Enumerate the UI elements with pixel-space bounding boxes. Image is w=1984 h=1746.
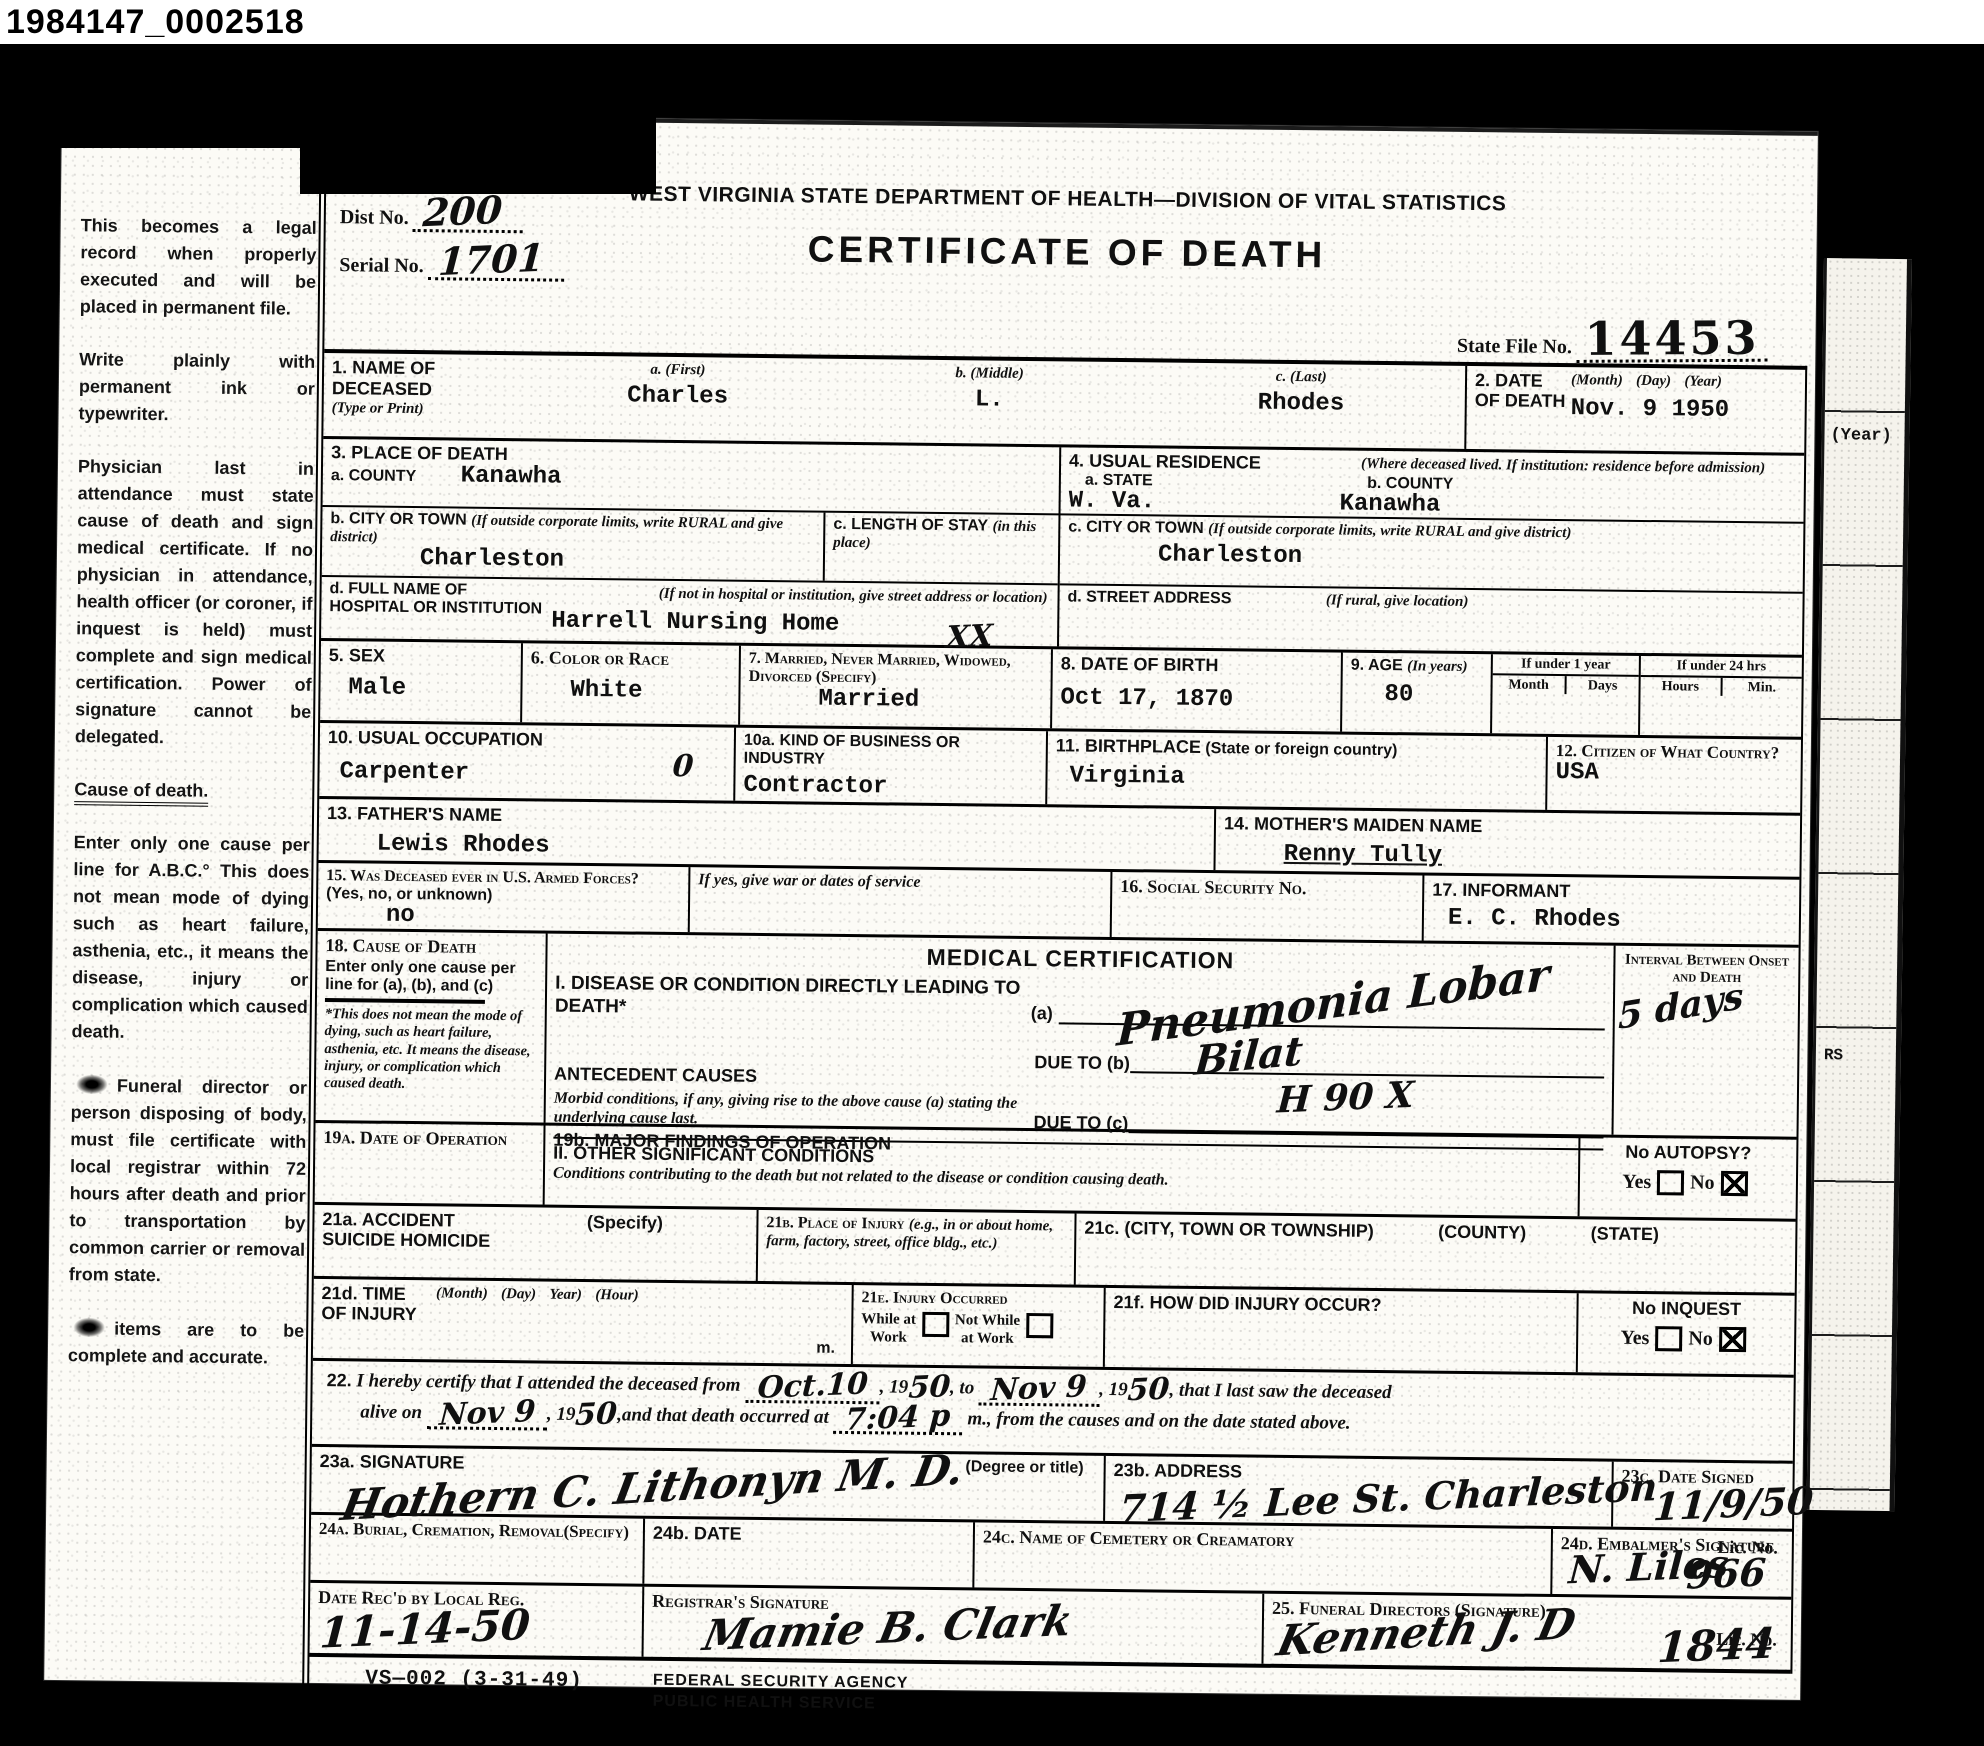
age-value: 80 bbox=[1384, 683, 1413, 707]
field-armed-forces: 15. Was Deceased ever in U.S. Armed Forc… bbox=[318, 863, 691, 932]
armed-forces-value: no bbox=[386, 902, 415, 929]
marital-value: Married bbox=[818, 685, 919, 713]
edge-year-fragment: (Year) bbox=[1830, 426, 1891, 446]
margin-note: Enter only one cause per line for A.B.C.… bbox=[71, 829, 309, 1048]
date-of-birth-value: Oct 17, 1870 bbox=[1060, 686, 1233, 712]
field-injury-occurred: 21e. Injury Occurred While atWork Not Wh… bbox=[851, 1285, 1104, 1367]
field-kind-of-business: 10a. KIND OF BUSINESS OR INDUSTRY Contra… bbox=[733, 728, 1046, 805]
residence-state-value: W. Va. bbox=[1068, 487, 1155, 515]
field-interval-onset-death: Interval Between Onset and Death 5 days bbox=[1611, 946, 1798, 1137]
edge-rs-fragment: RS bbox=[1824, 1046, 1843, 1064]
margin-note: Write plainly with permanent ink or type… bbox=[78, 346, 315, 430]
ink-smudge bbox=[68, 1314, 110, 1340]
field-major-findings: 19b. MAJOR FINDINGS OF OPERATION bbox=[543, 1126, 1579, 1217]
field-burial-date: 24b. DATE bbox=[642, 1519, 973, 1588]
state-file-label: State File No. bbox=[1457, 334, 1572, 357]
field-sex: 5. SEX Male bbox=[320, 641, 521, 722]
not-while-at-work-checkbox bbox=[1026, 1313, 1053, 1338]
field-mothers-maiden-name: 14. MOTHER'S MAIDEN NAME Renny Tully bbox=[1213, 809, 1800, 877]
serial-no-value: 1701 bbox=[437, 241, 545, 280]
last-seen-handwritten: Nov 9 bbox=[438, 1397, 536, 1428]
business-value: Contractor bbox=[743, 774, 887, 800]
field-age: 9. AGE (In years) 80 bbox=[1340, 653, 1491, 734]
field-marital-status: 7. Married, Never Married, Widowed, Divo… bbox=[738, 646, 1051, 729]
field-date-of-operation: 19a. Date of Operation bbox=[315, 1123, 544, 1205]
autopsy-yes-checkbox bbox=[1657, 1170, 1684, 1195]
birthplace-value: Virginia bbox=[1069, 764, 1184, 789]
form-grid: 1. NAME OF DECEASED (Type or Print) a. (… bbox=[309, 349, 1807, 1674]
certificate-paper: This becomes a legal record when properl… bbox=[44, 112, 1818, 1700]
field-injury-city-county-state: 21c. (CITY, TOWN OR TOWNSHIP) (COUNTY) (… bbox=[1074, 1214, 1796, 1293]
middle-name-value: L. bbox=[975, 388, 1004, 412]
field-cemetery-name: 24c. Name of Cemetery or Creamatory bbox=[972, 1522, 1551, 1594]
institution-value: Harrell Nursing Home bbox=[551, 610, 839, 637]
scanner-black-area bbox=[300, 44, 656, 194]
race-value: White bbox=[570, 679, 642, 704]
first-name-label: a. (First) bbox=[650, 362, 705, 379]
date-received-handwritten: 11-14-50 bbox=[319, 1606, 531, 1653]
dist-no-value: 200 bbox=[422, 193, 503, 231]
field-accident-suicide-homicide: 21a. ACCIDENT SUICIDE HOMICIDE (Specify) bbox=[314, 1205, 757, 1281]
attended-to-year-handwritten: 50 bbox=[1127, 1376, 1170, 1405]
field-social-security-no: 16. Social Security No. bbox=[1110, 872, 1423, 941]
death-county-value: Kanawha bbox=[461, 463, 562, 491]
underlying-page-edge: (Year) RS bbox=[1807, 258, 1912, 1511]
informant-value: E. C. Rhodes bbox=[1448, 907, 1621, 933]
attended-to-handwritten: Nov 9 bbox=[990, 1373, 1088, 1404]
funeral-director-lic-no-handwritten: 1844 bbox=[1657, 1624, 1776, 1667]
margin-note: Funeral director or person disposing of … bbox=[69, 1071, 307, 1291]
cause-of-death-heading: Cause of death. bbox=[74, 776, 310, 806]
margin-note: items are to be complete and accurate. bbox=[68, 1314, 305, 1372]
death-city-value: Charleston bbox=[420, 545, 564, 574]
field-name-of-deceased: 1. NAME OF DECEASED (Type or Print) a. (… bbox=[323, 353, 1465, 449]
field-certification-statement: 22. I hereby certify that I attended the… bbox=[312, 1361, 1794, 1461]
field-date-received: Date Rec'd by Local Reg. 11-14-50 bbox=[310, 1583, 643, 1657]
form-number: VS—002 (3-31-49) bbox=[365, 1668, 583, 1693]
field-citizen-of: 12. Citizen of What Country? USA bbox=[1545, 737, 1801, 813]
medical-certification: MEDICAL CERTIFICATION I. DISEASE OR COND… bbox=[544, 934, 1614, 1135]
field-registrar-signature: Registrar's Signature Mamie B. Clark bbox=[642, 1587, 1263, 1664]
residence-city-value: Charleston bbox=[1158, 543, 1302, 569]
residence-county-value: Kanawha bbox=[1339, 491, 1440, 519]
first-name-value: Charles bbox=[627, 384, 728, 409]
scan-id-strip: 1984147_0002518 bbox=[0, 0, 1984, 44]
margin-note: Physician last in attendance must state … bbox=[75, 453, 314, 753]
field-if-under-24-hrs: If under 24 hrs HoursMin. bbox=[1638, 656, 1802, 737]
field-place-of-death: 3. PLACE OF DEATH a. COUNTY Kanawha b. C… bbox=[321, 439, 1059, 646]
field-how-did-injury-occur: 21f. HOW DID INJURY OCCUR? bbox=[1103, 1288, 1577, 1372]
field-birthplace: 11. BIRTHPLACE (State or foreign country… bbox=[1045, 731, 1546, 810]
field-physician-signature: 23a. SIGNATURE (Degree or title) Hothern… bbox=[311, 1447, 1104, 1521]
field-cause-of-death-notes: 18. Cause of Death Enter only one cause … bbox=[316, 931, 546, 1123]
field-date-of-birth: 8. DATE OF BIRTH Oct 17, 1870 bbox=[1050, 649, 1341, 731]
inquest-no-checkbox bbox=[1719, 1327, 1746, 1352]
occupation-value: Carpenter bbox=[339, 760, 469, 785]
citizen-value: USA bbox=[1555, 759, 1599, 786]
margin-instructions: This becomes a legal record when properl… bbox=[67, 212, 316, 1398]
last-seen-year-handwritten: 50 bbox=[575, 1400, 618, 1429]
serial-no-label: Serial No. bbox=[339, 254, 424, 277]
field-usual-occupation: 10. USUAL OCCUPATION 0 Carpenter bbox=[319, 723, 734, 801]
field-funeral-director: 25. Funeral Directors (Signature) Lic. N… bbox=[1261, 1594, 1791, 1670]
field-date-of-death: 2. DATE OF DEATH (Month) (Day) (Year) No… bbox=[1464, 366, 1805, 453]
field-time-of-injury: 21d. TIME OF INJURY (Month) (Day) Year) … bbox=[313, 1279, 852, 1364]
occupation-handwritten-mark: 0 bbox=[672, 753, 695, 781]
cause-c-handwritten: H 90 X bbox=[1276, 1079, 1415, 1117]
ink-smudge bbox=[71, 1071, 113, 1097]
field-physician-address: 23b. ADDRESS 714 ½ Lee St. Charleston bbox=[1103, 1456, 1612, 1527]
embalmer-lic-no-handwritten: 966 bbox=[1685, 1555, 1766, 1593]
dist-no-label: Dist No. bbox=[340, 206, 409, 229]
cause-a-handwritten-2: Bilat bbox=[1193, 1033, 1304, 1080]
death-time-handwritten: 7:04 p bbox=[845, 1402, 952, 1433]
date-of-death-value: Nov. 9 1950 bbox=[1571, 397, 1730, 423]
field-if-under-1-year: If under 1 year MonthDays bbox=[1490, 654, 1639, 735]
field-color-or-race: 6. Color or Race White bbox=[520, 643, 739, 724]
field-informant: 17. INFORMANT E. C. Rhodes bbox=[1422, 875, 1800, 944]
attended-from-year-handwritten: 50 bbox=[907, 1373, 950, 1402]
field-autopsy: No AUTOPSY? Yes No bbox=[1578, 1137, 1797, 1218]
interval-handwritten: 5 days bbox=[1617, 980, 1743, 1033]
issuing-agency: FEDERAL SECURITY AGENCYPUBLIC HEALTH SER… bbox=[653, 1671, 909, 1715]
field-armed-forces-ifyes: If yes, give war or dates of service bbox=[690, 867, 1111, 937]
institution-handwritten-mark: XX bbox=[946, 622, 994, 651]
field-embalmer-signature: 24d. Embalmer's Signature Lic. No. N. Li… bbox=[1550, 1529, 1792, 1597]
fathers-name-value: Lewis Rhodes bbox=[377, 833, 550, 859]
mothers-maiden-name-value: Renny Tully bbox=[1284, 843, 1443, 869]
field-usual-residence: 4. USUAL RESIDENCE (Where deceased lived… bbox=[1057, 447, 1804, 654]
sex-value: Male bbox=[348, 676, 406, 701]
registrar-signature-handwritten: Mamie B. Clark bbox=[700, 1602, 1076, 1655]
attended-from-handwritten: Oct.10 bbox=[756, 1370, 868, 1402]
while-at-work-checkbox bbox=[922, 1312, 949, 1337]
inquest-yes-checkbox bbox=[1655, 1326, 1682, 1351]
field-place-of-injury: 21b. Place of Injury (e.g., in or about … bbox=[756, 1210, 1075, 1285]
last-name-label: c. (Last) bbox=[1276, 369, 1327, 386]
field-fathers-name: 13. FATHER'S NAME Lewis Rhodes bbox=[319, 799, 1215, 870]
autopsy-no-checkbox bbox=[1720, 1171, 1747, 1196]
field-inquest: No INQUEST Yes No bbox=[1576, 1293, 1795, 1374]
certificate-form: Dist No. 200 Serial No. 1701 WEST VIRGIN… bbox=[302, 149, 1810, 1725]
middle-name-label: b. (Middle) bbox=[955, 365, 1024, 382]
last-name-value: Rhodes bbox=[1258, 392, 1345, 417]
state-file-number: 14453 bbox=[1576, 317, 1767, 363]
margin-note: This becomes a legal record when properl… bbox=[80, 212, 317, 323]
date-signed-handwritten: 11/9/50 bbox=[1652, 1484, 1814, 1525]
scan-id: 1984147_0002518 bbox=[0, 3, 305, 41]
funeral-director-signature-handwritten: Kenneth J. D bbox=[1274, 1605, 1579, 1661]
